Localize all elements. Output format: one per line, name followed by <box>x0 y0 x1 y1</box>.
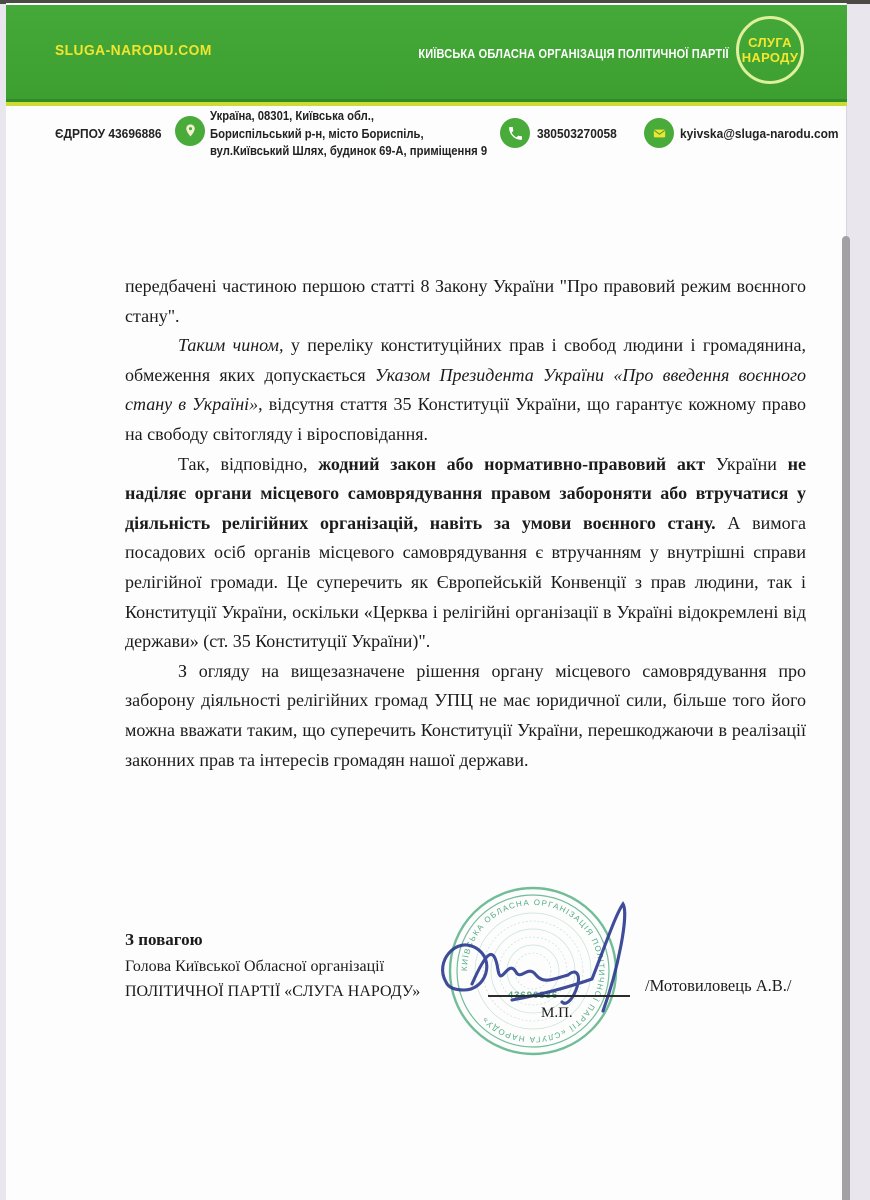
logo-line1: СЛУГА <box>748 35 792 50</box>
location-icon <box>175 116 205 146</box>
mail-icon <box>644 118 674 148</box>
letter-body: передбачені частиною першою статті 8 Зак… <box>125 272 806 775</box>
stamp-place-label: М.П. <box>541 1005 573 1022</box>
paragraph-1: передбачені частиною першою статті 8 Зак… <box>125 272 806 331</box>
paragraph-2: Таким чином, у переліку конституційних п… <box>125 331 806 449</box>
document-viewer: SLUGA-NARODU.COM КИЇВСЬКА ОБЛАСНА ОРГАНІ… <box>0 0 870 1200</box>
party-logo: СЛУГА НАРОДУ <box>736 16 804 84</box>
signer-name: /Мотовиловець А.В./ <box>645 976 791 996</box>
address-block: Україна, 08301, Київська обл., Бориспіль… <box>210 108 487 161</box>
signer-title-line2: ПОЛІТИЧНОЇ ПАРТІЇ «СЛУГА НАРОДУ» <box>125 983 420 1001</box>
scrollbar-thumb[interactable] <box>842 236 850 1200</box>
closing-salutation: З повагою <box>125 930 203 950</box>
address-line1: Україна, 08301, Київська обл., <box>210 108 487 126</box>
official-stamp: КИЇВСЬКА ОБЛАСНА ОРГАНІЗАЦІЯ ПОЛІТИЧНОЇ … <box>420 878 680 1068</box>
signer-title-line1: Голова Київської Обласної організації <box>125 958 384 976</box>
edrpou-code: ЄДРПОУ 43696886 <box>55 126 162 141</box>
letterhead-band: SLUGA-NARODU.COM КИЇВСЬКА ОБЛАСНА ОРГАНІ… <box>6 5 847 100</box>
paragraph-4: З огляду на вищезазначене рішення органу… <box>125 657 806 775</box>
logo-line2: НАРОДУ <box>742 50 799 65</box>
phone-icon <box>500 118 530 148</box>
address-line2: Бориспільський р-н, місто Бориспіль, <box>210 126 487 144</box>
letter-page: SLUGA-NARODU.COM КИЇВСЬКА ОБЛАСНА ОРГАНІ… <box>6 3 847 1200</box>
band-separator-lime <box>6 102 847 106</box>
phone-number: 380503270058 <box>537 126 617 141</box>
organization-name: КИЇВСЬКА ОБЛАСНА ОРГАНІЗАЦІЯ ПОЛІТИЧНОЇ … <box>419 47 729 61</box>
paragraph-3: Так, відповідно, жодний закон або нормат… <box>125 450 806 657</box>
email-address: kyivska@sluga-narodu.com <box>680 126 839 141</box>
party-website: SLUGA-NARODU.COM <box>55 43 212 59</box>
address-line3: вул.Київський Шлях, будинок 69-А, приміщ… <box>210 143 487 161</box>
signature-line <box>488 995 630 997</box>
